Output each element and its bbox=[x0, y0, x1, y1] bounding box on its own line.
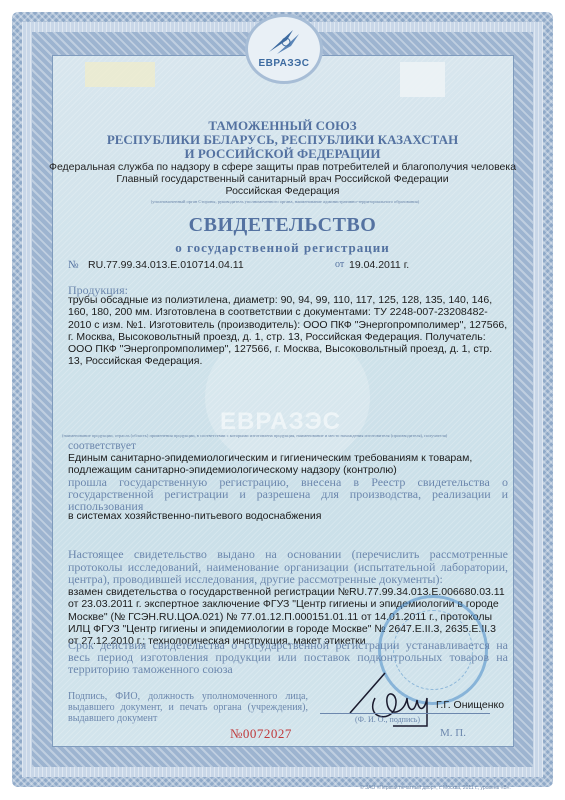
signer-name: Г.Г. Онищенко bbox=[436, 699, 504, 711]
hologram-patch bbox=[85, 62, 155, 87]
stamp-place-label: М. П. bbox=[440, 727, 466, 739]
registration-date: 19.04.2011 г. bbox=[349, 259, 409, 271]
conformity-requirements: Единым санитарно-эпидемиологическим и ги… bbox=[68, 452, 508, 477]
validity-text: Срок действия свидетельства о государств… bbox=[68, 639, 508, 675]
certificate-title: СВИДЕТЕЛЬСТВО bbox=[0, 214, 565, 237]
eurasec-emblem: ЕВРАЗЭС bbox=[245, 14, 323, 84]
registration-status-text: прошла государственную регистрацию, внес… bbox=[68, 476, 508, 512]
country-name: Российская Федерация bbox=[0, 185, 565, 197]
products-caption: (наименование продукции, отрасль (област… bbox=[62, 433, 507, 438]
conforms-label: соответствует bbox=[68, 440, 136, 452]
blank-patch bbox=[400, 62, 445, 97]
basis-label: Настоящее свидетельство выдано на основа… bbox=[68, 548, 508, 586]
federal-service-name: Федеральная служба по надзору в сфере за… bbox=[0, 161, 565, 173]
registration-number: RU.77.99.34.013.E.010714.04.11 bbox=[88, 259, 244, 271]
chief-doctor-title: Главный государственный санитарный врач … bbox=[0, 173, 565, 185]
authority-caption: (уполномоченный орган Стороны, руководит… bbox=[110, 199, 460, 204]
signature-caption: (Ф. И. О., подпись) bbox=[355, 715, 420, 724]
signature-label: Подпись, ФИО, должность уполномоченного … bbox=[68, 691, 308, 724]
serial-number: №0072027 bbox=[230, 726, 292, 742]
usage-area: в системах хозяйственно-питьевого водосн… bbox=[68, 510, 322, 522]
republics-heading-line2: И РОССИЙСКОЙ ФЕДЕРАЦИИ bbox=[0, 146, 565, 162]
printer-note: © ЗАО «Первый печатный двор», г. Москва,… bbox=[360, 785, 511, 791]
eurasec-emblem-icon bbox=[267, 26, 301, 56]
date-label: от bbox=[335, 259, 344, 270]
certificate-subtitle: о государственной регистрации bbox=[0, 240, 565, 256]
emblem-logo-text: ЕВРАЗЭС bbox=[245, 58, 323, 69]
watermark-text: ЕВРАЗЭС bbox=[220, 408, 341, 436]
products-description: трубы обсадные из полиэтилена, диаметр: … bbox=[68, 294, 508, 368]
signature-line bbox=[320, 713, 490, 714]
number-label: № bbox=[68, 259, 79, 271]
